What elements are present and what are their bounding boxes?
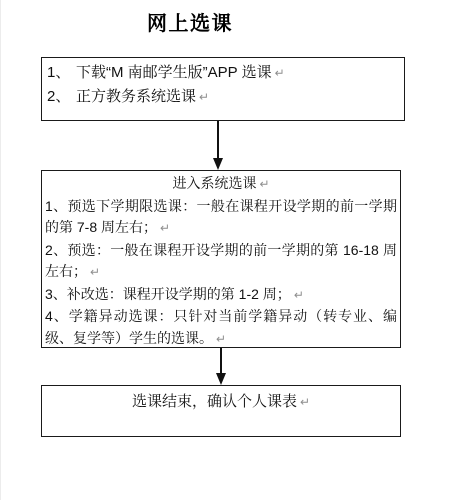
- flow-arrow-1-line: [217, 121, 219, 159]
- box-text: 选课结束，确认个人课表: [132, 393, 297, 410]
- process-box-system-selection: 进入系统选课↵ 1、预选下学期限选课：一般在课程开设学期的前一学期的第 7-8 …: [41, 170, 401, 348]
- paragraph-mark-icon: ↵: [199, 90, 209, 104]
- flow-arrow-1-head-icon: [213, 158, 223, 170]
- list-item: 2、正方教务系统选课↵: [47, 85, 400, 109]
- list-item: 3、补改选：课程开设学期的第 1-2 周；↵: [45, 284, 397, 307]
- paragraph-mark-icon: ↵: [216, 332, 226, 346]
- flowchart-page: 网上选课 1、下载“M 南邮学生版”APP 选课↵ 2、正方教务系统选课↵ 进入…: [0, 0, 455, 500]
- page-edge-line: [0, 0, 1, 500]
- paragraph-mark-icon: ↵: [259, 177, 269, 191]
- flow-arrow-2-line: [220, 348, 222, 374]
- paragraph-mark-icon: ↵: [300, 395, 310, 409]
- process-box-selection-channels: 1、下载“M 南邮学生版”APP 选课↵ 2、正方教务系统选课↵: [41, 57, 405, 121]
- paragraph-mark-icon: ↵: [160, 221, 170, 235]
- paragraph-mark-icon: ↵: [275, 66, 285, 80]
- box-heading-text: 进入系统选课: [172, 175, 256, 191]
- box-heading: 进入系统选课↵: [45, 173, 397, 196]
- list-item-number: 2、: [47, 85, 76, 109]
- list-item: 4、学籍异动选课：只针对当前学籍异动（转专业、编级、复学等）学生的选课。↵: [45, 306, 397, 350]
- page-title: 网上选课: [147, 7, 233, 36]
- list-item-text: 3、补改选：课程开设学期的第 1-2 周；: [45, 286, 291, 302]
- process-box-confirm-timetable: 选课结束，确认个人课表↵: [41, 385, 401, 437]
- list-item-text: 正方教务系统选课: [76, 88, 196, 105]
- paragraph-mark-icon: ↵: [90, 265, 100, 279]
- list-item-text: 下载“M 南邮学生版”APP 选课: [76, 64, 272, 81]
- flow-arrow-2-head-icon: [216, 373, 226, 385]
- list-item: 1、下载“M 南邮学生版”APP 选课↵: [47, 61, 400, 85]
- list-item: 2、预选：一般在课程开设学期的前一学期的第 16-18 周左右；↵: [45, 240, 397, 284]
- paragraph-mark-icon: ↵: [294, 288, 304, 302]
- list-item: 1、预选下学期限选课：一般在课程开设学期的前一学期的第 7-8 周左右；↵: [45, 196, 397, 240]
- list-item-text: 1、预选下学期限选课：一般在课程开设学期的前一学期的第 7-8 周左右；: [45, 198, 397, 236]
- list-item-number: 1、: [47, 61, 76, 85]
